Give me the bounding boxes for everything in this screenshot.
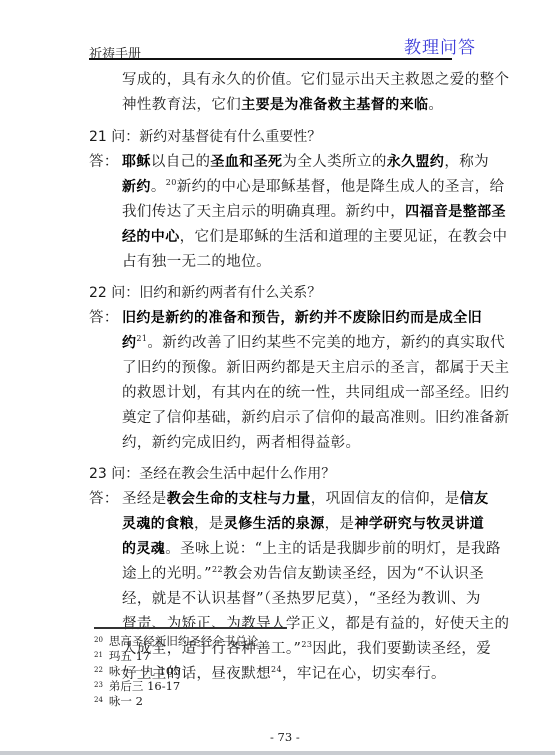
page-body: 写成的，具有永久的价值。它们显示出天主救恩之爱的整个 神性教育法，它们主要是为准… bbox=[89, 68, 484, 687]
text-run: 为全人类所立的 bbox=[282, 154, 386, 170]
text-run: 督责、为矫正、为教导人学正义，都是有益的，好使天主的 bbox=[122, 616, 509, 632]
answer-label: 答： bbox=[89, 487, 119, 512]
footnote-number: 20 bbox=[94, 636, 103, 644]
bold-text-run: 灵魂的食粮 bbox=[122, 516, 194, 532]
footnote-rule bbox=[94, 627, 287, 629]
intro-paragraph: 写成的，具有永久的价值。它们显示出天主救恩之爱的整个 神性教育法，它们主要是为准… bbox=[89, 68, 484, 118]
answer-line: 约，新约完成旧约，两者相得益彰。 bbox=[122, 431, 484, 456]
text-run: 我们传达了天主启示的明确真理。新约中， bbox=[122, 204, 405, 220]
answer-label: 答： bbox=[89, 150, 119, 175]
footnote-number: 21 bbox=[94, 651, 103, 659]
text-run: 神性教育法，它们 bbox=[122, 97, 241, 113]
text-run: 经，就是不认识基督”（圣热罗尼莫），“圣经为教训、为 bbox=[122, 591, 481, 607]
bold-text-run: 圣血和圣死 bbox=[210, 154, 282, 170]
answer-line: 旧约是新约的准备和预告，新约并不废除旧约而是成全旧 bbox=[122, 306, 484, 331]
qa-list: 21 问：新约对基督徒有什么重要性？答：耶稣以自己的圣血和圣死为全人类所立的永久… bbox=[89, 125, 484, 687]
question-heading: 21 问：新约对基督徒有什么重要性？ bbox=[89, 125, 484, 150]
answer-line: 圣经是教会生命的支柱与力量，巩固信友的信仰，是信友 bbox=[122, 487, 484, 512]
text-run: 了旧约的预像。新旧两约都是天主启示的圣言，都属于天主 bbox=[122, 360, 509, 376]
text-run: ，它们是耶稣的生活和道理的主要见证，在教会中 bbox=[180, 229, 508, 245]
answer-line: 了旧约的预像。新旧两约都是天主启示的圣言，都属于天主 bbox=[122, 356, 484, 381]
header-rule bbox=[89, 58, 452, 60]
text-run: 。 bbox=[151, 179, 166, 195]
footnote-number: 23 bbox=[94, 681, 103, 689]
bold-text-run: 约 bbox=[122, 335, 136, 351]
footnote-text: 咏一一九 105 bbox=[109, 664, 181, 678]
answer-line: 灵魂的食粮，是灵修生活的泉源，是神学研究与牧灵讲道 bbox=[122, 512, 484, 537]
bold-text-run: 信友 bbox=[460, 491, 489, 507]
text-run: 以自己的 bbox=[151, 154, 211, 170]
answer-line: 的救恩计划，有其内在的统一性，共同组成一部圣经。旧约 bbox=[122, 381, 484, 406]
answer-line: 途上的光明。”22教会劝告信友勤读圣经，因为“不认识圣 bbox=[122, 562, 484, 587]
bold-text-run: 耶稣 bbox=[122, 154, 151, 170]
footnote-ref[interactable]: 20 bbox=[166, 178, 177, 187]
text-run: 因此，我们要勤读圣经，爱 bbox=[312, 641, 491, 657]
bold-text-run: 神学研究与牧灵讲道 bbox=[354, 516, 484, 532]
text-run: 奠定了信仰基础，新约启示了信仰的最高准则。旧约准备新 bbox=[122, 410, 509, 426]
answer-line: 耶稣以自己的圣血和圣死为全人类所立的永久盟约，称为 bbox=[122, 150, 484, 175]
answer-block: 答：耶稣以自己的圣血和圣死为全人类所立的永久盟约，称为新约。20新约的中心是耶稣… bbox=[89, 150, 484, 275]
text-run: 。新约改善了旧约某些不完美的地方，新约的真实取代 bbox=[147, 335, 505, 351]
bold-text-run: 灵修生活的泉源 bbox=[224, 516, 325, 532]
text-run: 占有独一无二的地位。 bbox=[122, 254, 271, 270]
footnote-ref[interactable]: 21 bbox=[136, 334, 147, 343]
question-heading: 23 问：圣经在教会生活中起什么作用？ bbox=[89, 462, 484, 487]
footnotes: 20思高圣经新旧约圣经全书总论21玛五 1722咏一一九 10523弟后三 16… bbox=[94, 634, 258, 709]
text-run: 约，新约完成旧约，两者相得益彰。 bbox=[122, 435, 360, 451]
intro-line: 写成的，具有永久的价值。它们显示出天主救恩之爱的整个 bbox=[122, 68, 484, 93]
text-run: ，巩固信友的信仰，是 bbox=[311, 491, 460, 507]
answer-line: 经，就是不认识基督”（圣热罗尼莫），“圣经为教训、为 bbox=[122, 587, 484, 612]
answer-line: 占有独一无二的地位。 bbox=[122, 250, 484, 275]
text-run: 的救恩计划，有其内在的统一性，共同组成一部圣经。旧约 bbox=[122, 385, 509, 401]
bold-text-run: 经的中心 bbox=[122, 229, 180, 245]
footnote-number: 22 bbox=[94, 666, 103, 674]
text-run: 教会劝告信友勤读圣经，因为“不认识圣 bbox=[223, 566, 484, 582]
footnote-text: 弟后三 16-17 bbox=[109, 679, 180, 693]
footnote-number: 24 bbox=[94, 696, 103, 704]
footnote-item: 22咏一一九 105 bbox=[94, 664, 258, 679]
answer-line: 奠定了信仰基础，新约启示了信仰的最高准则。旧约准备新 bbox=[122, 406, 484, 431]
text-run: 。圣咏上说：“上主的话是我脚步前的明灯，是我路 bbox=[165, 541, 501, 557]
answer-line: 约21。新约改善了旧约某些不完美的地方，新约的真实取代 bbox=[122, 331, 484, 356]
text-run: 圣经是 bbox=[122, 491, 167, 507]
footnote-item: 20思高圣经新旧约圣经全书总论 bbox=[94, 634, 258, 649]
text-run: 新约的中心是耶稣基督，他是降生成人的圣言，给 bbox=[177, 179, 505, 195]
question-heading: 22 问：旧约和新约两者有什么关系？ bbox=[89, 281, 484, 306]
text-run: 。 bbox=[428, 97, 443, 113]
footnote-ref[interactable]: 22 bbox=[212, 565, 223, 574]
footnote-text: 咏一 2 bbox=[109, 694, 143, 708]
footnote-item: 24咏一 2 bbox=[94, 694, 258, 709]
bold-text-run: 的灵魂 bbox=[122, 541, 165, 557]
bold-text-run: 新约 bbox=[122, 179, 151, 195]
answer-line: 经的中心，它们是耶稣的生活和道理的主要见证，在教会中 bbox=[122, 225, 484, 250]
text-run: 途上的光明。” bbox=[122, 566, 212, 582]
text-run: ，是 bbox=[194, 516, 224, 532]
text-run: ，牢记在心，切实奉行。 bbox=[282, 666, 446, 682]
answer-line: 我们传达了天主启示的明确真理。新约中，四福音是整部圣 bbox=[122, 200, 484, 225]
answer-line: 新约。20新约的中心是耶稣基督，他是降生成人的圣言，给 bbox=[122, 175, 484, 200]
answer-block: 答：旧约是新约的准备和预告，新约并不废除旧约而是成全旧约21。新约改善了旧约某些… bbox=[89, 306, 484, 456]
page-number: - 73 - bbox=[270, 730, 300, 744]
answer-label: 答： bbox=[89, 306, 119, 331]
footnote-text: 思高圣经新旧约圣经全书总论 bbox=[109, 634, 259, 648]
text-run: ，是 bbox=[325, 516, 355, 532]
footnote-item: 23弟后三 16-17 bbox=[94, 679, 258, 694]
bold-text-run: 教会生命的支柱与力量 bbox=[167, 491, 311, 507]
footnote-item: 21玛五 17 bbox=[94, 649, 258, 664]
document-page: 祈祷手册 教理问答 写成的，具有永久的价值。它们显示出天主救恩之爱的整个 神性教… bbox=[0, 0, 555, 751]
bold-text-run: 旧约是新约的准备和预告，新约并不废除旧约而是成全旧 bbox=[122, 310, 482, 326]
intro-line: 神性教育法，它们主要是为准备救主基督的来临。 bbox=[122, 93, 484, 118]
running-header-section-title: 教理问答 bbox=[404, 33, 476, 58]
bold-text-run: 四福音是整部圣 bbox=[405, 204, 506, 220]
bold-text-run: 永久盟约 bbox=[387, 154, 445, 170]
answer-line: 的灵魂。圣咏上说：“上主的话是我脚步前的明灯，是我路 bbox=[122, 537, 484, 562]
footnote-text: 玛五 17 bbox=[109, 649, 150, 663]
bold-text-run: 主要是为准备救主基督的来临 bbox=[241, 97, 428, 113]
footnote-ref[interactable]: 24 bbox=[271, 665, 282, 674]
text-run: ，称为 bbox=[444, 154, 489, 170]
footnote-ref[interactable]: 23 bbox=[301, 640, 312, 649]
page-bottom-edge bbox=[0, 751, 555, 755]
